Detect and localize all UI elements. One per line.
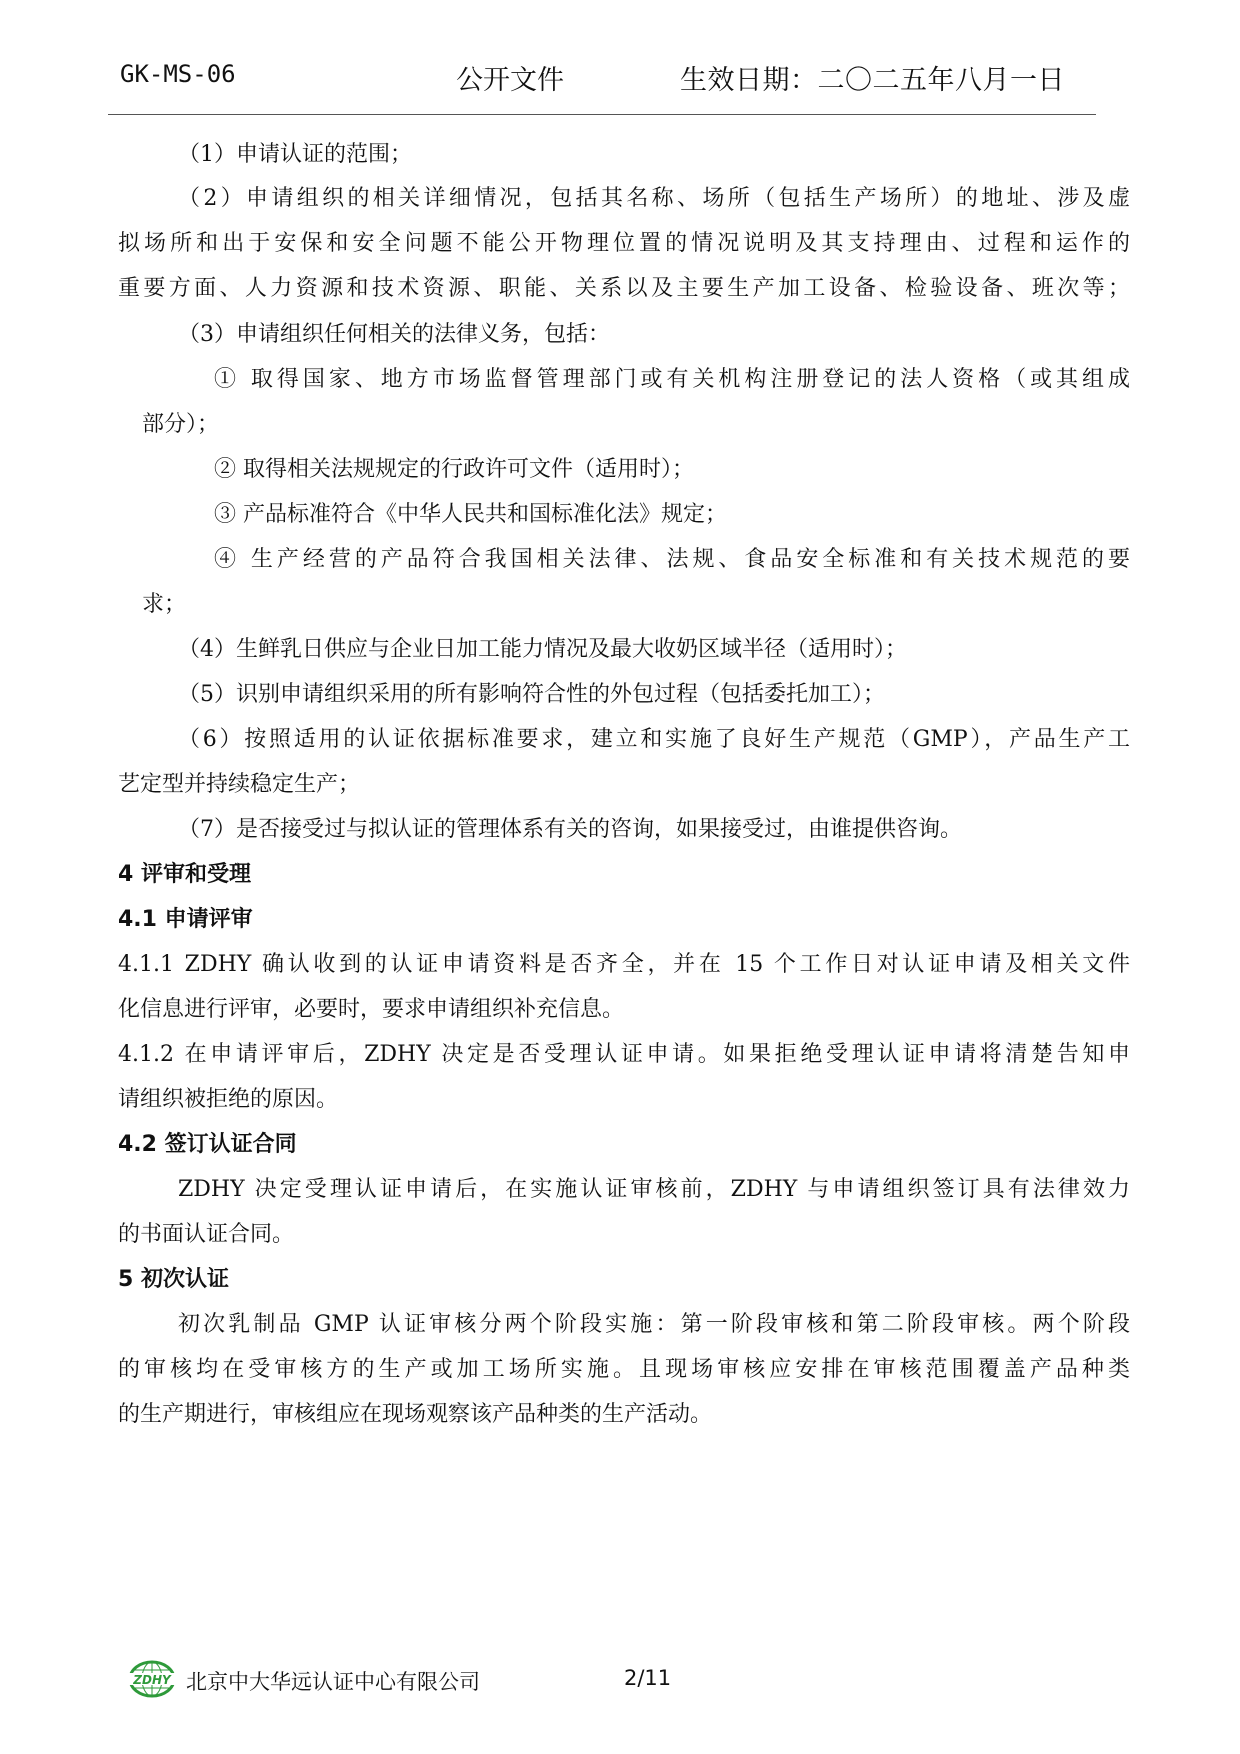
sub-item-2: ② 取得相关法规规定的行政许可文件（适用时）； [214,455,694,485]
company-name: 北京中大华远认证中心有限公司 [186,1666,480,1696]
svg-text:ZDHY: ZDHY [132,1673,172,1687]
section-heading-4-1: 4.1 申请评审 [118,905,253,935]
list-item-7: （7）是否接受过与拟认证的管理体系有关的咨询，如果接受过，由谁提供咨询。 [178,815,962,845]
sub-item-3: ③ 产品标准符合《中华人民共和国标准化法》规定； [214,500,727,530]
list-item-6: （6）按照适用的认证依据标准要求，建立和实施了良好生产规范（GMP），产品生产工 [178,725,1130,755]
sub-item-4-cont: 求； [142,590,186,620]
list-item-2-cont: 重要方面、人力资源和技术资源、职能、关系以及主要生产加工设备、检验设备、班次等； [118,274,1130,304]
paragraph-4-1-1: 4.1.1 ZDHY 确认收到的认证申请资料是否齐全，并在 15 个工作日对认证… [118,950,1130,980]
list-item-4: （4）生鲜乳日供应与企业日加工能力情况及最大收奶区域半径（适用时）； [178,635,907,665]
paragraph-4-2: ZDHY 决定受理认证申请后，在实施认证审核前，ZDHY 与申请组织签订具有法律… [178,1175,1130,1205]
list-item-2: （2）申请组织的相关详细情况，包括其名称、场所（包括生产场所）的地址、涉及虚 [178,184,1130,214]
sub-item-1: ① 取得国家、地方市场监督管理部门或有关机构注册登记的法人资格（或其组成 [214,365,1130,395]
section-heading-4: 4 评审和受理 [118,860,251,890]
page-header: GK-MS-06 公开文件 生效日期：二〇二五年八月一日 [110,58,1100,98]
section-heading-5: 5 初次认证 [118,1265,229,1295]
list-item-5: （5）识别申请组织采用的所有影响符合性的外包过程（包括委托加工）； [178,680,885,710]
paragraph-4-1-1-cont: 化信息进行评审，必要时，要求申请组织补充信息。 [118,995,624,1025]
effective-date: 生效日期：二〇二五年八月一日 [680,58,1065,97]
header-divider [108,114,1096,115]
list-item-2-cont: 拟场所和出于安保和安全问题不能公开物理位置的情况说明及其支持理由、过程和运作的 [118,229,1130,259]
paragraph-4-2-cont: 的书面认证合同。 [118,1220,294,1250]
sub-item-1-cont: 部分）； [142,410,219,440]
sub-item-4: ④ 生产经营的产品符合我国相关法律、法规、食品安全标准和有关技术规范的要 [214,545,1130,575]
paragraph-4-1-2-cont: 请组织被拒绝的原因。 [118,1085,338,1115]
paragraph-5-cont: 的审核均在受审核方的生产或加工场所实施。且现场审核应安排在审核范围覆盖产品种类 [118,1355,1130,1385]
list-item-1: （1）申请认证的范围； [178,140,412,170]
page-number: 2/11 [624,1666,671,1690]
paragraph-5: 初次乳制品 GMP 认证审核分两个阶段实施：第一阶段审核和第二阶段审核。两个阶段 [178,1310,1130,1340]
paragraph-5-cont: 的生产期进行，审核组应在现场观察该产品种类的生产活动。 [118,1400,712,1430]
document-code: GK-MS-06 [120,60,236,88]
paragraph-4-1-2: 4.1.2 在申请评审后，ZDHY 决定是否受理认证申请。如果拒绝受理认证申请将… [118,1040,1130,1070]
list-item-3: （3）申请组织任何相关的法律义务，包括： [178,320,610,350]
list-item-6-cont: 艺定型并持续稳定生产； [118,770,360,800]
section-heading-4-2: 4.2 签订认证合同 [118,1130,297,1160]
document-classification: 公开文件 [456,58,564,97]
zdhy-logo-icon: ZDHY [124,1660,180,1698]
